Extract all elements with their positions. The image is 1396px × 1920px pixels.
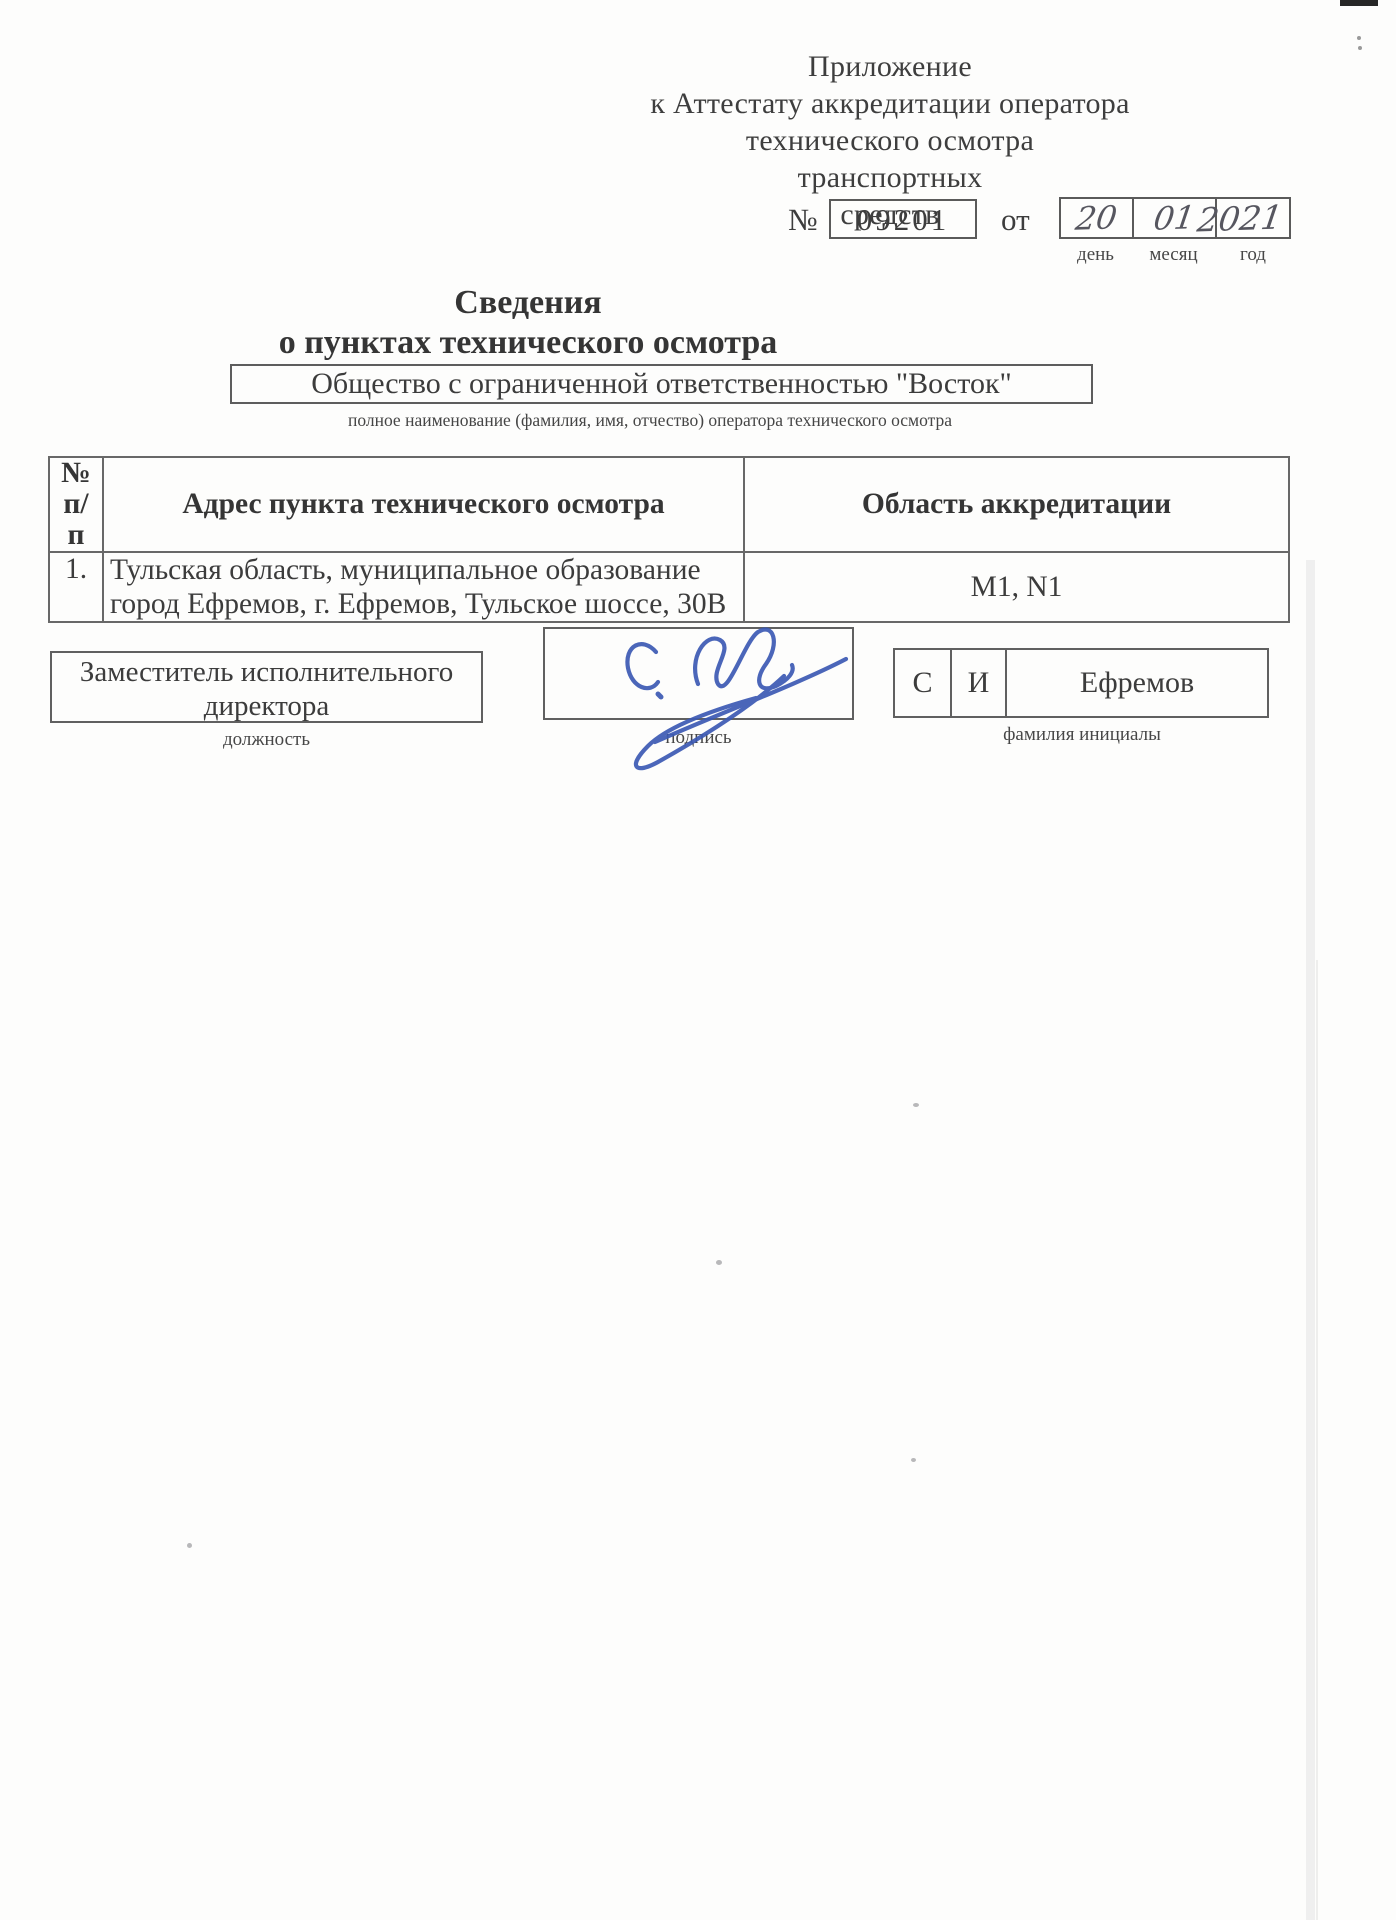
scanned-document-page: Приложение к Аттестату аккредитации опер…: [0, 0, 1396, 1920]
header-line-1: Приложение: [650, 48, 1130, 85]
year-caption: год: [1215, 244, 1291, 266]
header-line-2: к Аттестату аккредитации оператора: [650, 85, 1130, 122]
handwritten-year: 2021: [1195, 197, 1285, 239]
operator-name-box: Общество с ограниченной ответственностью…: [230, 364, 1093, 404]
position-caption: должность: [50, 729, 483, 751]
day-caption: день: [1059, 244, 1132, 266]
table-header-row: № п/п Адрес пункта технического осмотра …: [49, 457, 1289, 552]
column-header-address: Адрес пункта технического осмотра: [103, 457, 744, 552]
scan-speck: [911, 1458, 916, 1462]
scan-streak: [1306, 560, 1315, 1920]
handwritten-day: 20: [1073, 198, 1119, 237]
scan-streak: [1316, 960, 1318, 1920]
header-line-3: технического осмотра транспортных: [650, 122, 1130, 196]
scan-corner-artifact: [1340, 0, 1378, 6]
title-line-2: о пунктах технического осмотра: [0, 323, 1056, 363]
date-year-cell: 2021: [1217, 199, 1289, 237]
inspection-points-table: № п/п Адрес пункта технического осмотра …: [48, 456, 1290, 623]
scan-speck: [1358, 46, 1362, 50]
document-title: Сведения о пунктах технического осмотра: [0, 283, 1056, 363]
name-caption: фамилия инициалы: [893, 724, 1271, 746]
column-header-num: № п/п: [49, 457, 103, 552]
operator-name-caption: полное наименование (фамилия, имя, отчес…: [240, 410, 1060, 431]
position-line-1: Заместитель исполнительного: [52, 655, 481, 689]
number-sign: №: [788, 202, 818, 238]
name-initials-row: С И Ефремов: [893, 648, 1269, 718]
scan-speck: [187, 1543, 192, 1548]
num-header-line1: №: [56, 458, 96, 489]
row-number-cell: 1.: [49, 552, 103, 622]
date-day-cell: 20: [1061, 199, 1134, 237]
surname-cell: Ефремов: [1005, 648, 1269, 718]
month-caption: месяц: [1132, 244, 1215, 266]
scan-speck: [913, 1103, 919, 1107]
certificate-number-box: 09201: [829, 199, 977, 239]
title-line-1: Сведения: [0, 283, 1056, 323]
num-header-line2: п/п: [56, 489, 96, 551]
from-label: от: [1001, 202, 1030, 238]
scan-speck: [1357, 36, 1361, 40]
position-box: Заместитель исполнительного директора: [50, 651, 483, 723]
handwritten-month: 01: [1151, 198, 1197, 237]
initial-first-cell: С: [893, 648, 952, 718]
initial-second-cell: И: [950, 648, 1007, 718]
date-box: 20 01 2021: [1059, 197, 1291, 239]
position-line-2: директора: [52, 689, 481, 723]
scan-speck: [716, 1260, 722, 1265]
handwritten-signature: [598, 612, 868, 797]
column-header-scope: Область аккредитации: [744, 457, 1289, 552]
